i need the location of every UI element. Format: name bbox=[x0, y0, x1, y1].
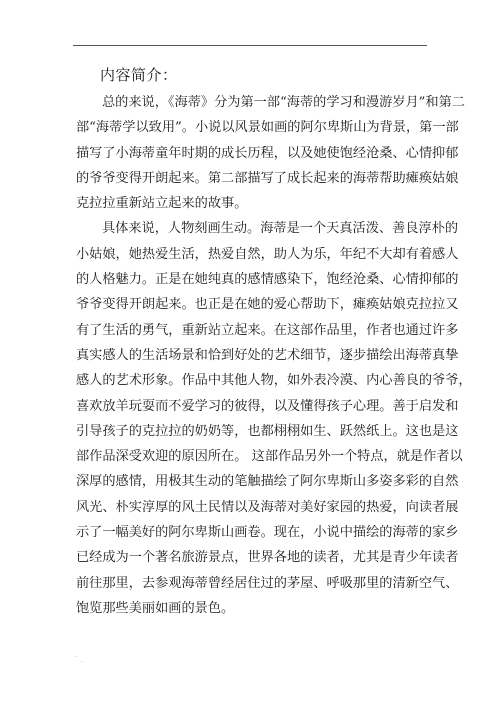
text-line: 的人格魅力。正是在她纯真的感情感染下，饱经沧桑、心情抑郁的 bbox=[76, 267, 426, 292]
text-line: 小姑娘，她热爱生活，热爱自然，助人为乐，年纪不大却有着感人 bbox=[76, 242, 426, 267]
text-line: 真实感人的生活场景和恰到好处的艺术细节，逐步描绘出海蒂真挚 bbox=[76, 343, 426, 368]
text-line: 描写了小海蒂童年时期的成长历程，以及她使饱经沧桑、心情抑郁 bbox=[76, 141, 426, 166]
header-rule bbox=[73, 45, 427, 46]
text-line: 风光、朴实淳厚的风土民情以及海蒂对美好家园的热爱，向读者展 bbox=[76, 495, 426, 520]
text-line: 总的来说，《海蒂》分为第一部“海蒂的学习和漫游岁月”和第二 bbox=[76, 90, 426, 115]
text-line: 示了一幅美好的阿尔卑斯山画卷。现在，小说中描绘的海蒂的家乡 bbox=[76, 520, 426, 545]
text-line: 感人的艺术形象。作品中其他人物，如外表冷漠、内心善良的爷爷， bbox=[76, 368, 426, 393]
paragraph-details: 具体来说，人物刻画生动。海蒂是一个天真活泼、善良淳朴的 小姑娘，她热爱生活，热爱… bbox=[76, 216, 426, 621]
text-line: 的爷爷变得开朗起来。第二部描写了成长起来的海蒂帮助瘫痪姑娘 bbox=[76, 166, 426, 191]
header-mark: . bbox=[424, 38, 426, 45]
text-line: 饱览那些美丽如画的景色。 bbox=[76, 596, 426, 621]
text-line: 有了生活的勇气，重新站立起来。在这部作品里，作者也通过许多 bbox=[76, 318, 426, 343]
text-line: 深厚的感情，用极其生动的笔触描绘了阿尔卑斯山多姿多彩的自然 bbox=[76, 469, 426, 494]
text-line: 已经成为一个著名旅游景点，世界各地的读者，尤其是青少年读者 bbox=[76, 545, 426, 570]
footer-mark: · · bbox=[75, 655, 83, 665]
text-line: 具体来说，人物刻画生动。海蒂是一个天真活泼、善良淳朴的 bbox=[76, 216, 426, 241]
text-line: 部作品深受欢迎的原因所在。 这部作品另外一个特点，就是作者以 bbox=[76, 444, 426, 469]
text-line: 前往那里，去参观海蒂曾经居住过的茅屋、呼吸那里的清新空气、 bbox=[76, 571, 426, 596]
text-line: 喜欢放羊玩耍而不爱学习的彼得，以及懂得孩子心理。善于启发和 bbox=[76, 394, 426, 419]
paragraph-overview: 总的来说，《海蒂》分为第一部“海蒂的学习和漫游岁月”和第二 部“海蒂学以致用”。… bbox=[76, 90, 426, 216]
text-line: 克拉拉重新站立起来的故事。 bbox=[76, 191, 426, 216]
section-title: 内容简介： bbox=[100, 64, 178, 85]
text-line: 部“海蒂学以致用”。小说以风景如画的阿尔卑斯山为背景，第一部 bbox=[76, 115, 426, 140]
text-line: 引导孩子的克拉拉的奶奶等，也都栩栩如生、跃然纸上。这也是这 bbox=[76, 419, 426, 444]
section-body: 总的来说，《海蒂》分为第一部“海蒂的学习和漫游岁月”和第二 部“海蒂学以致用”。… bbox=[76, 90, 426, 621]
text-line: 爷爷变得开朗起来。也正是在她的爱心帮助下，瘫痪姑娘克拉拉又 bbox=[76, 292, 426, 317]
